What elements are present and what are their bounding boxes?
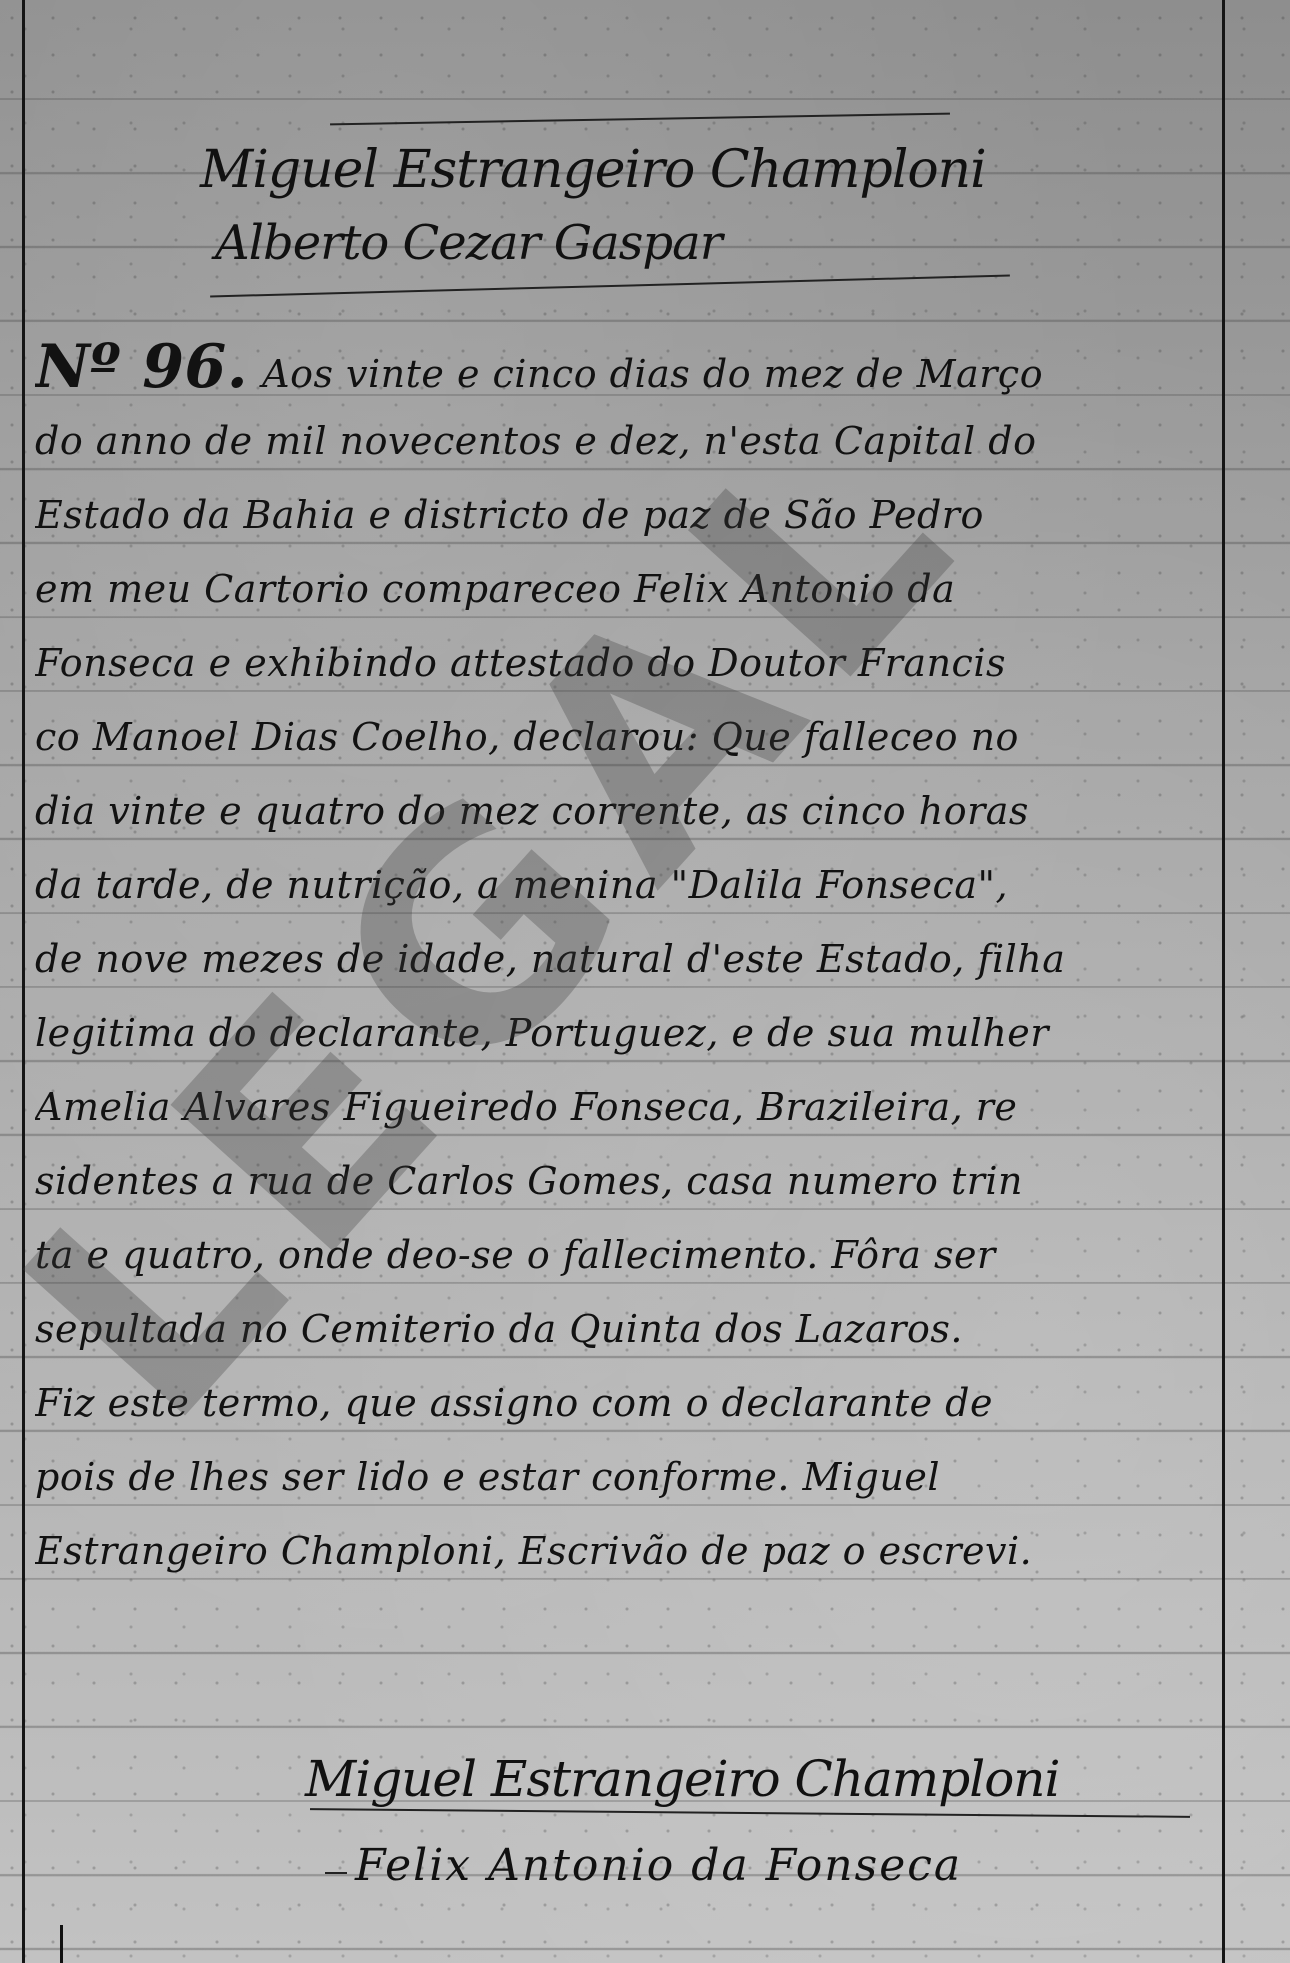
signature-underline: [310, 1808, 1190, 1818]
signature-dash: [325, 1872, 347, 1874]
entry-line-6: co Manoel Dias Coelho, declarou: Que fal…: [35, 700, 1215, 774]
left-margin-rule: [22, 0, 25, 1963]
entry-line-2: do anno de mil novecentos e dez, n'esta …: [35, 404, 1215, 478]
next-entry-stroke: [60, 1925, 63, 1963]
entry-line-17: Estrangeiro Champloni, Escrivão de paz o…: [35, 1514, 1215, 1588]
entry-line-8: da tarde, de nutrição, a menina "Dalila …: [35, 848, 1215, 922]
entry-line-1: Nº 96.Aos vinte e cinco dias do mez de M…: [35, 330, 1215, 404]
entry-line-7: dia vinte e quatro do mez corrente, as c…: [35, 774, 1215, 848]
header-signature-witness: Alberto Cezar Gaspar: [215, 215, 722, 271]
entry-line-3: Estado da Bahia e districto de paz de Sã…: [35, 478, 1215, 552]
entry-line-16: pois de lhes ser lido e estar conforme. …: [35, 1440, 1215, 1514]
document-page: Miguel Estrangeiro Champloni Alberto Cez…: [0, 0, 1290, 1963]
entry-line-11: Amelia Alvares Figueiredo Fonseca, Brazi…: [35, 1070, 1215, 1144]
entry-line-9: de nove mezes de idade, natural d'este E…: [35, 922, 1215, 996]
entry-text: Aos vinte e cinco dias do mez de Março: [262, 352, 1043, 396]
entry-line-5: Fonseca e exhibindo attestado do Doutor …: [35, 626, 1215, 700]
right-margin-rule: [1222, 0, 1225, 1963]
entry-line-13: ta e quatro, onde deo-se o fallecimento.…: [35, 1218, 1215, 1292]
header-signature-scribe: Miguel Estrangeiro Champloni: [200, 140, 986, 200]
entry-line-15: Fiz este termo, que assigno com o declar…: [35, 1366, 1215, 1440]
entry-line-4: em meu Cartorio compareceo Felix Antonio…: [35, 552, 1215, 626]
signature-flourish: [210, 275, 1010, 298]
entry-body: Nº 96.Aos vinte e cinco dias do mez de M…: [35, 330, 1215, 1588]
entry-line-14: sepultada no Cemiterio da Quinta dos Laz…: [35, 1292, 1215, 1366]
footer-signature-scribe: Miguel Estrangeiro Champloni: [305, 1750, 1060, 1808]
entry-line-12: sidentes a rua de Carlos Gomes, casa num…: [35, 1144, 1215, 1218]
footer-signature-declarant: Felix Antonio da Fonseca: [355, 1840, 962, 1891]
entry-line-10: legitima do declarante, Portuguez, e de …: [35, 996, 1215, 1070]
entry-number: Nº 96.: [35, 332, 248, 402]
signature-flourish: [330, 113, 950, 126]
